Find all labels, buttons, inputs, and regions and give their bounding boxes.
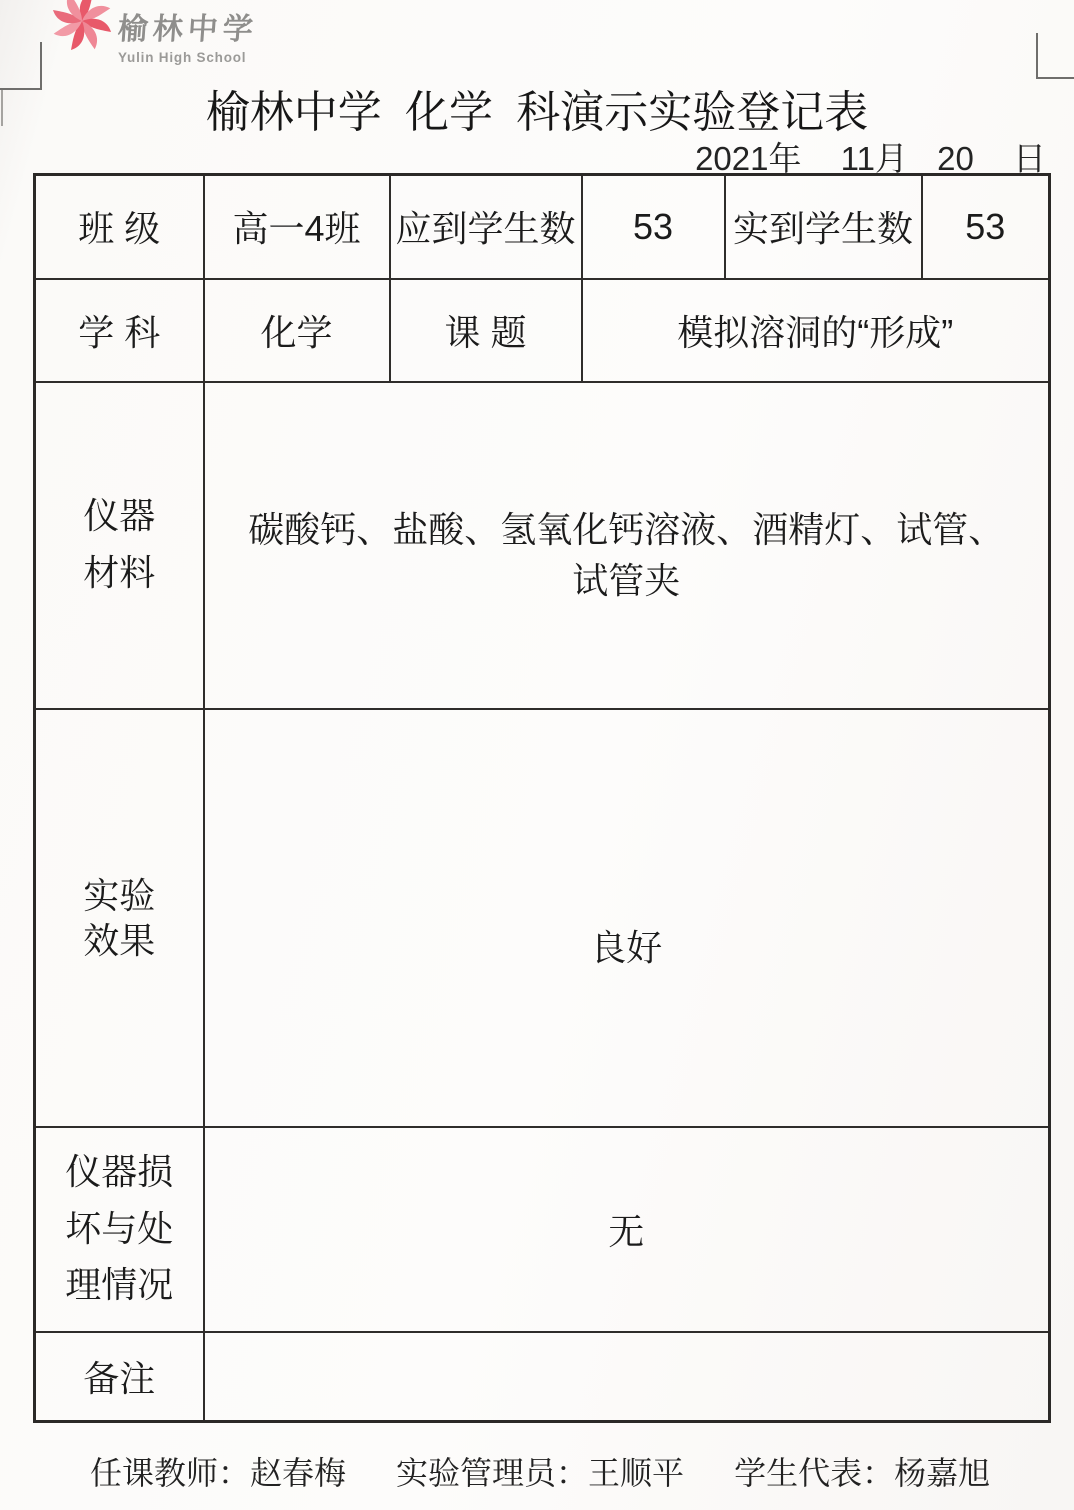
row-effect: 实验 效果 良好: [35, 709, 1050, 1127]
lab-manager-signature: 实验管理员：王顺平: [396, 1448, 684, 1494]
date-day: 20: [937, 140, 974, 177]
form-title-suffix: 科演示实验登记表: [516, 88, 868, 137]
teacher-name: 赵春梅: [250, 1455, 346, 1491]
page-corner-mark-top-right: [1036, 33, 1038, 79]
class-label-cell: 班 级: [35, 175, 204, 279]
form-title-school: 榆林中学: [206, 88, 382, 137]
row-remarks: 备注: [35, 1332, 1050, 1422]
lab-manager-label: 实验管理员：: [396, 1455, 588, 1491]
form-title-subject: 化学: [405, 88, 493, 137]
effect-value-cell: 良好: [204, 709, 1050, 1127]
date-month: 11月: [841, 140, 908, 177]
actual-label-cell: 实到学生数: [725, 175, 922, 279]
topic-value-cell: 模拟溶洞的“形成”: [582, 279, 1050, 382]
logo-pinwheel-flower-icon: [52, 0, 112, 56]
student-representative-name: 杨嘉旭: [894, 1455, 990, 1491]
date-year: 2021年: [695, 140, 801, 177]
damage-value-cell: 无: [204, 1127, 1050, 1332]
actual-value-cell: 53: [922, 175, 1050, 279]
remarks-label-cell: 备注: [35, 1332, 204, 1422]
experiment-registration-table: 班 级 高一4班 应到学生数 53 实到学生数 53 学 科 化学 课 题 模拟…: [33, 173, 1051, 1423]
student-representative-label: 学生代表：: [734, 1455, 894, 1491]
row-equipment: 仪器 材料 碳酸钙、盐酸、氢氧化钙溶液、酒精灯、试管、 试管夹: [35, 382, 1050, 709]
equipment-label-cell: 仪器 材料: [35, 382, 204, 709]
form-title: 榆林中学 化学 科演示实验登记表: [0, 76, 1074, 140]
student-representative-signature: 学生代表：杨嘉旭: [734, 1448, 990, 1494]
effect-label-cell: 实验 效果: [35, 709, 204, 1127]
subject-label-cell: 学 科: [35, 279, 204, 382]
remarks-value-cell: [204, 1332, 1050, 1422]
teacher-signature: 任课教师：赵春梅: [90, 1448, 346, 1494]
topic-label-cell: 课 题: [390, 279, 582, 382]
subject-value-cell: 化学: [204, 279, 390, 382]
row-subject: 学 科 化学 课 题 模拟溶洞的“形成”: [35, 279, 1050, 382]
expected-value-cell: 53: [582, 175, 725, 279]
school-logo: 榆林中学 Yulin High School: [52, 0, 258, 65]
class-value-cell: 高一4班: [204, 175, 390, 279]
teacher-label: 任课教师：: [90, 1455, 250, 1491]
expected-label-cell: 应到学生数: [390, 175, 582, 279]
row-class: 班 级 高一4班 应到学生数 53 实到学生数 53: [35, 175, 1050, 279]
signature-line: 任课教师：赵春梅 实验管理员：王顺平 学生代表：杨嘉旭: [0, 1448, 1074, 1494]
damage-label-cell: 仪器损 坏与处 理情况: [35, 1127, 204, 1332]
logo-chinese-name: 榆林中学: [116, 4, 259, 48]
logo-text: 榆林中学 Yulin High School: [118, 0, 258, 65]
logo-english-name: Yulin High School: [118, 50, 258, 65]
scanned-form-page: 榆林中学 Yulin High School 榆林中学 化学 科演示实验登记表 …: [0, 0, 1074, 1510]
date-day-suffix: 日: [1013, 140, 1046, 177]
equipment-value-cell: 碳酸钙、盐酸、氢氧化钙溶液、酒精灯、试管、 试管夹: [204, 382, 1050, 709]
lab-manager-name: 王顺平: [588, 1455, 684, 1491]
row-damage: 仪器损 坏与处 理情况 无: [35, 1127, 1050, 1332]
